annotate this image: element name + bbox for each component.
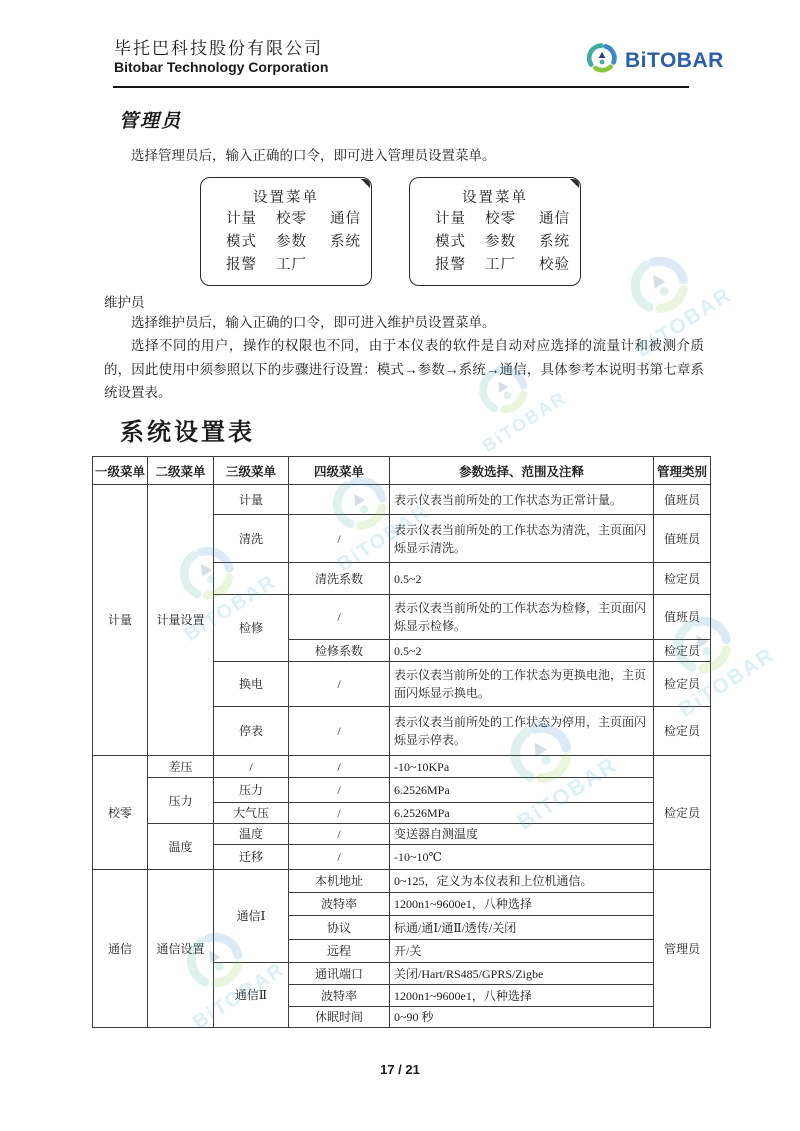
settings-menu-item: 报警 [226, 256, 276, 275]
table-cell: / [289, 595, 390, 640]
table-cell: 迁移 [214, 845, 289, 870]
table-cell: 检定员 [654, 640, 711, 662]
table-cell: 检定员 [654, 563, 711, 595]
table-cell: / [214, 756, 289, 778]
table-cell [289, 485, 390, 515]
table-cell: 1200n1~9600e1，八种选择 [390, 893, 654, 916]
table-cell: 0.5~2 [390, 563, 654, 595]
table-cell: / [289, 515, 390, 563]
settings-menu-item: 参数 [276, 233, 330, 252]
table-cell: 表示仪表当前所处的工作状态为正常计量。 [390, 485, 654, 515]
table-cell: 表示仪表当前所处的工作状态为停用，主页面闪烁显示停表。 [390, 707, 654, 756]
table-cell: 大气压 [214, 803, 289, 824]
table-cell: 计量 [214, 485, 289, 515]
table-cell: / [289, 707, 390, 756]
table-cell: / [289, 824, 390, 845]
table-cell: 差压 [148, 756, 214, 778]
table-cell: 关闭/Hart/RS485/GPRS/Zigbe [390, 963, 654, 985]
table-cell: 压力 [214, 778, 289, 803]
settings-menu-grid: 计量校零通信模式参数系统报警工厂校验 [410, 210, 580, 275]
table-row: 压力压力/6.2526MPa [93, 778, 711, 803]
bitobar-logo: BiTOBAR [586, 42, 724, 79]
bitobar-logo-icon [586, 42, 618, 79]
table-cell: 清洗 [214, 515, 289, 563]
settings-menu-item: 模式 [435, 233, 485, 252]
table-row: 校零差压//-10~10KPa检定员 [93, 756, 711, 778]
settings-menu-item: 校零 [485, 210, 539, 229]
table-cell: / [289, 756, 390, 778]
table-cell: / [289, 662, 390, 707]
table-row: 计量计量设置计量表示仪表当前所处的工作状态为正常计量。值班员 [93, 485, 711, 515]
page-number: 17 / 21 [0, 1062, 800, 1077]
table-cell: 1200n1~9600e1，八种选择 [390, 985, 654, 1007]
table-cell: 变送器自测温度 [390, 824, 654, 845]
table-cell: 检定员 [654, 662, 711, 707]
table-cell: 检修系数 [289, 640, 390, 662]
table-cell: 通信Ⅰ [214, 870, 289, 963]
table-cell: 表示仪表当前所处的工作状态为清洗，主页面闪烁显示清洗。 [390, 515, 654, 563]
table-cell: 停表 [214, 707, 289, 756]
table-cell: 计量设置 [148, 485, 214, 756]
table-cell: 校零 [93, 756, 148, 870]
page: 毕托巴科技股份有限公司 Bitobar Technology Corporati… [0, 0, 800, 1131]
bitobar-brand-text: BiTOBAR [625, 49, 724, 73]
settings-menu-item: 模式 [226, 233, 276, 252]
column-header: 管理类别 [654, 457, 711, 485]
column-header: 三级菜单 [214, 457, 289, 485]
table-cell: 0~90 秒 [390, 1007, 654, 1028]
table-cell: 通信Ⅱ [214, 963, 289, 1028]
settings-menu-item: 工厂 [485, 256, 539, 275]
settings-menu-item: 工厂 [276, 256, 330, 275]
table-cell: 6.2526MPa [390, 803, 654, 824]
table-cell: 波特率 [289, 985, 390, 1007]
settings-menu-title: 设置菜单 [410, 186, 580, 207]
table-row: 温度温度/变送器自测温度 [93, 824, 711, 845]
table-cell: 通信设置 [148, 870, 214, 1028]
table-cell: 值班员 [654, 515, 711, 563]
column-header: 一级菜单 [93, 457, 148, 485]
table-cell: 波特率 [289, 893, 390, 916]
table-cell: 0.5~2 [390, 640, 654, 662]
table-header-row: 一级菜单二级菜单三级菜单四级菜单参数选择、范围及注释管理类别 [93, 457, 711, 485]
bitobar-emblem-icon [586, 42, 618, 74]
table-cell: / [289, 845, 390, 870]
settings-menu-grid: 计量校零通信模式参数系统报警工厂 [201, 210, 371, 275]
maintainer-paragraph-1: 选择维护员后，输入正确的口令，即可进入维护员设置菜单。 [104, 311, 704, 335]
table-cell [214, 563, 289, 595]
table-cell: 换电 [214, 662, 289, 707]
column-header: 四级菜单 [289, 457, 390, 485]
table-cell: / [289, 778, 390, 803]
settings-menu-item: 计量 [226, 210, 276, 229]
table-cell: 开/关 [390, 940, 654, 963]
settings-menu-item: 系统 [539, 233, 589, 252]
table-title: 系统设置表 [120, 412, 255, 447]
table-cell: 0~125，定义为本仪表和上位机通信。 [390, 870, 654, 893]
section-maintainer-title: 维护员 [104, 291, 145, 311]
settings-menu-item: 通信 [330, 210, 380, 229]
table-cell: -10~10℃ [390, 845, 654, 870]
table-cell: 压力 [148, 778, 214, 824]
table-cell: 温度 [148, 824, 214, 870]
table-cell: 值班员 [654, 485, 711, 515]
table-row: 通信通信设置通信Ⅰ本机地址0~125，定义为本仪表和上位机通信。管理员 [93, 870, 711, 893]
table-cell: 管理员 [654, 870, 711, 1028]
settings-menu-item: 系统 [330, 233, 380, 252]
settings-menu-item: 报警 [435, 256, 485, 275]
table-cell: 表示仪表当前所处的工作状态为检修，主页面闪烁显示检修。 [390, 595, 654, 640]
table-cell: 6.2526MPa [390, 778, 654, 803]
company-name-cn: 毕托巴科技股份有限公司 [114, 34, 323, 59]
settings-menu-item: 校验 [539, 256, 589, 275]
settings-menu-item: 计量 [435, 210, 485, 229]
table-cell: 通信 [93, 870, 148, 1028]
admin-paragraph: 选择管理员后，输入正确的口令，即可进入管理员设置菜单。 [104, 144, 704, 168]
company-name-en: Bitobar Technology Corporation [114, 59, 328, 75]
settings-menu-title: 设置菜单 [201, 186, 371, 207]
table-cell: 检定员 [654, 707, 711, 756]
table-cell: 表示仪表当前所处的工作状态为更换电池，主页面闪烁显示换电。 [390, 662, 654, 707]
table-cell: 计量 [93, 485, 148, 756]
settings-menu-box: 设置菜单计量校零通信模式参数系统报警工厂校验 [409, 177, 581, 286]
table-cell: / [289, 803, 390, 824]
section-admin-title: 管理员 [119, 106, 182, 133]
table-cell: 远程 [289, 940, 390, 963]
table-cell: 检定员 [654, 756, 711, 870]
table-cell: 标通/通Ⅰ/通Ⅱ/透传/关闭 [390, 916, 654, 940]
maintainer-paragraph-2: 选择不同的用户，操作的权限也不同，由于本仪表的软件是自动对应选择的流量计和被测介… [104, 334, 704, 405]
settings-menu-boxes: 设置菜单计量校零通信模式参数系统报警工厂设置菜单计量校零通信模式参数系统报警工厂… [200, 177, 581, 286]
table-cell: 休眠时间 [289, 1007, 390, 1028]
header-rule [113, 86, 689, 88]
system-settings-table: 一级菜单二级菜单三级菜单四级菜单参数选择、范围及注释管理类别计量计量设置计量表示… [92, 456, 711, 1028]
settings-menu-box: 设置菜单计量校零通信模式参数系统报警工厂 [200, 177, 372, 286]
table-cell: 清洗系数 [289, 563, 390, 595]
column-header: 参数选择、范围及注释 [390, 457, 654, 485]
settings-menu-item: 校零 [276, 210, 330, 229]
settings-menu-item: 参数 [485, 233, 539, 252]
table-cell: 协议 [289, 916, 390, 940]
table-cell: 值班员 [654, 595, 711, 640]
settings-menu-item: 通信 [539, 210, 589, 229]
table-cell: 本机地址 [289, 870, 390, 893]
table-cell: 通讯端口 [289, 963, 390, 985]
table-cell: 检修 [214, 595, 289, 662]
table-cell: -10~10KPa [390, 756, 654, 778]
column-header: 二级菜单 [148, 457, 214, 485]
table-cell: 温度 [214, 824, 289, 845]
